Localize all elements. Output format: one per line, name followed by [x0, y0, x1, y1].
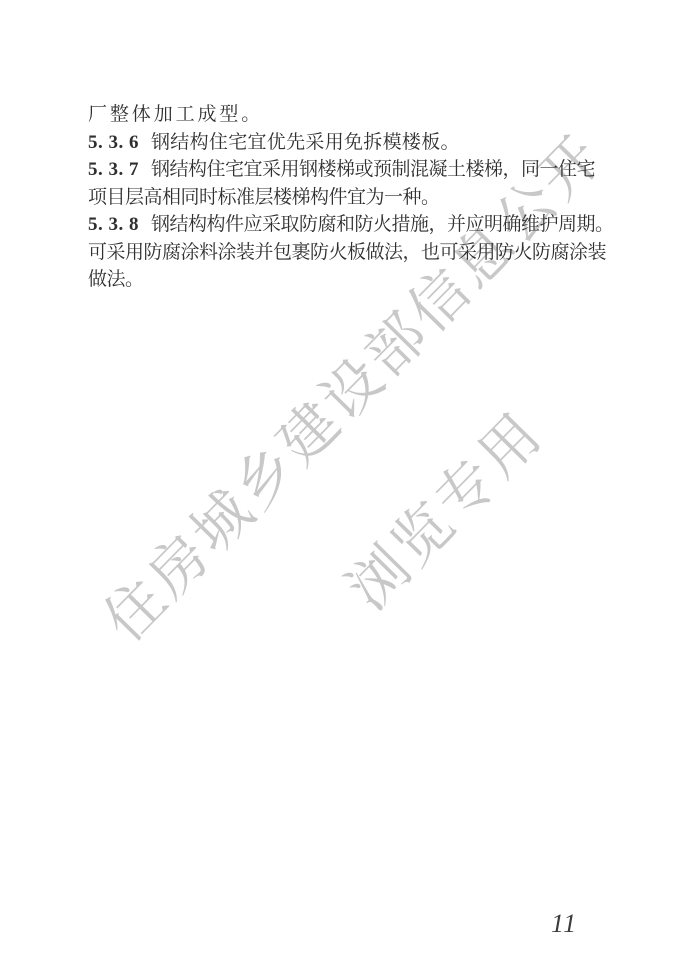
line-text: 钢结构住宅宜采用钢楼梯或预制混凝土楼梯，同一住宅: [151, 159, 595, 180]
clause-number: 5. 3. 7: [88, 159, 139, 180]
text-line: 做法。: [88, 266, 628, 294]
text-line: 项目层高相同时标准层楼梯构件宜为一种。: [88, 184, 628, 212]
line-text: 可采用防腐涂料涂装并包裹防火板做法，也可采用防火防腐涂装: [88, 242, 606, 263]
line-text: 钢结构住宅宜优先采用免拆模楼板。: [151, 132, 460, 153]
text-line: 厂整体加工成型。: [88, 101, 628, 129]
clause-number: 5. 3. 6: [88, 132, 139, 153]
line-text: 厂整体加工成型。: [88, 104, 263, 125]
line-text: 钢结构构件应采取防腐和防火措施，并应明确维护周期。: [151, 214, 614, 235]
text-line: 5. 3. 7钢结构住宅宜采用钢楼梯或预制混凝土楼梯，同一住宅: [88, 156, 628, 184]
line-text: 做法。: [88, 269, 144, 290]
text-line: 可采用防腐涂料涂装并包裹防火板做法，也可采用防火防腐涂装: [88, 239, 628, 267]
watermark-line-secondary: 浏览专用: [325, 389, 559, 625]
clause-number: 5. 3. 8: [88, 214, 139, 235]
line-text: 项目层高相同时标准层楼梯构件宜为一种。: [88, 187, 440, 208]
document-page: 住房城乡建设部信息公开 浏览专用 厂整体加工成型。 5. 3. 6钢结构住宅宜优…: [0, 0, 677, 980]
body-text-block: 厂整体加工成型。 5. 3. 6钢结构住宅宜优先采用免拆模楼板。 5. 3. 7…: [88, 101, 628, 294]
text-line: 5. 3. 6钢结构住宅宜优先采用免拆模楼板。: [88, 129, 628, 157]
text-line: 5. 3. 8钢结构构件应采取防腐和防火措施，并应明确维护周期。: [88, 211, 628, 239]
page-number: 11: [551, 909, 577, 939]
